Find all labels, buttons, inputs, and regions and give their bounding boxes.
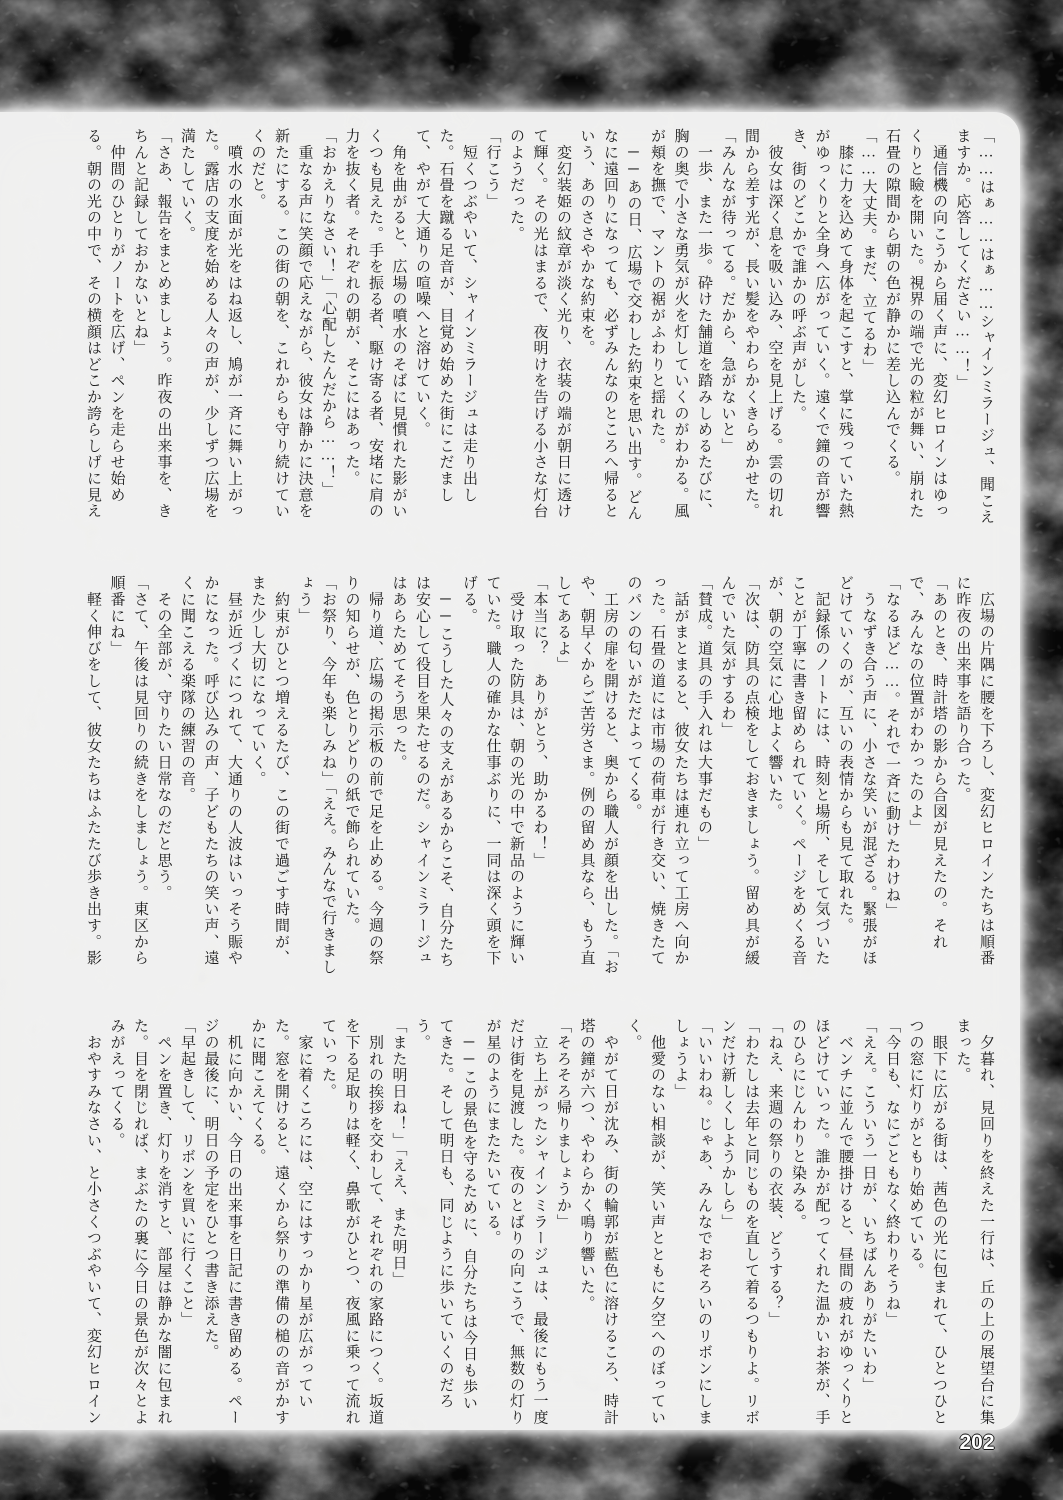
page-background: 「……はぁ……はぁ……シャインミラージュ、聞こえますか。応答してください……！」… [0,0,1063,1500]
page-number: 202 [952,1431,1002,1455]
text-band-bottom: 夕暮れ、見回りを終えた一行は、丘の上の展望台に集まった。 眼下に広がる街は、茜色… [85,1018,997,1426]
text-band-top: 「……はぁ……はぁ……シャインミラージュ、聞こえますか。応答してください……！」… [85,128,997,532]
text-band-middle: 広場の片隅に腰を下ろし、変幻ヒロインたちは順番に昨夜の出来事を語り合った。 「あ… [85,575,997,977]
